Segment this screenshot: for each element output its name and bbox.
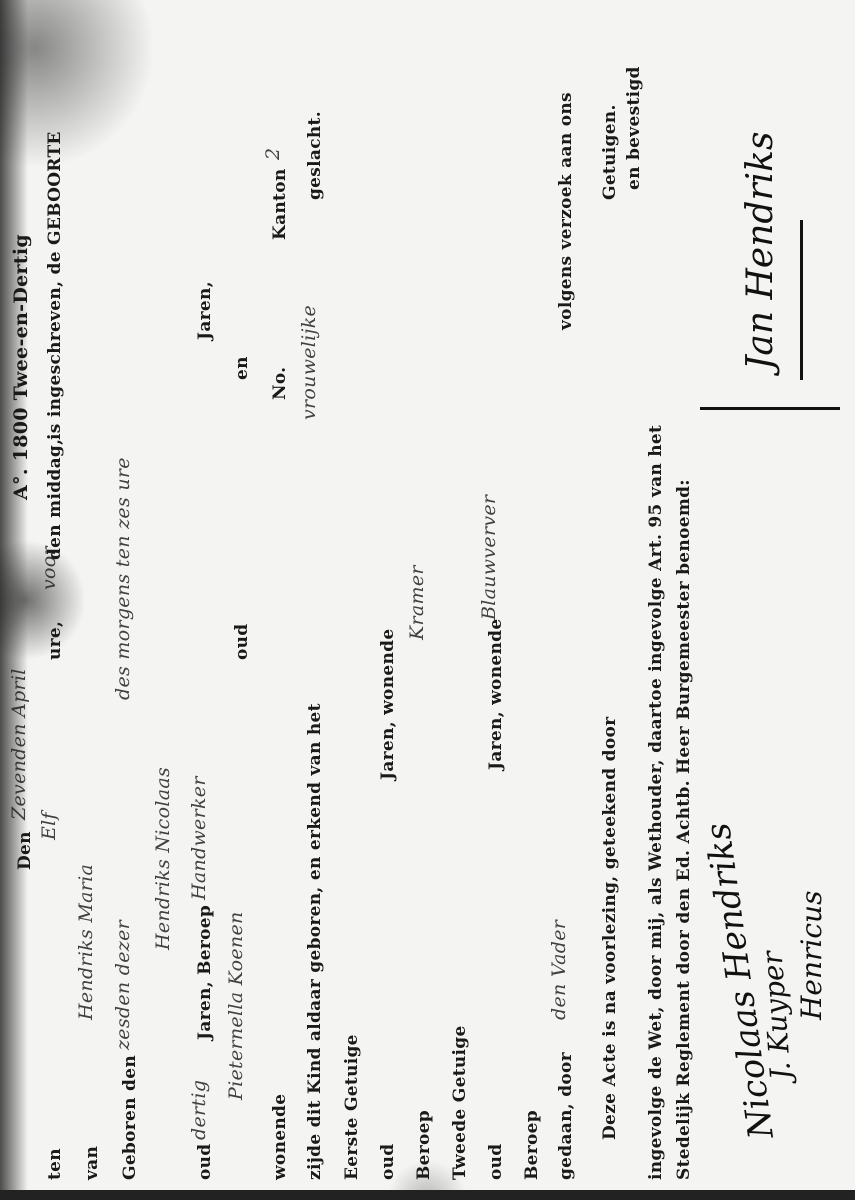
- hw-hour: Elf: [38, 812, 60, 840]
- label-getuigen: Getuigen.: [600, 104, 620, 200]
- label-jaren-wonende-w2: Jaren, wonende: [486, 619, 506, 770]
- label-oud-mother: oud: [232, 624, 252, 661]
- hw-by-whom: den Vader: [548, 920, 570, 1020]
- hw-birth-date: zesden dezer: [112, 920, 134, 1050]
- header-registration: is ingeschreven, de GEBOORTE: [45, 131, 65, 440]
- label-no: No.: [270, 367, 290, 400]
- label-en: en: [232, 356, 252, 380]
- label-jaren-wonende-w1: Jaren, wonende: [378, 629, 398, 780]
- label-bevestigd: en bevestigd: [624, 66, 644, 190]
- label-ten: ten: [45, 1148, 65, 1180]
- label-kanton: Kanton: [270, 168, 290, 240]
- label-wonende: wonende: [270, 1094, 290, 1180]
- label-van: van: [82, 1146, 102, 1180]
- label-oud-w2: oud: [486, 1144, 506, 1181]
- label-ingevolge: ingevolge de Wet, door mij, als Wethoude…: [646, 425, 666, 1180]
- hw-father-age: dertig: [188, 1080, 210, 1140]
- signature-3: Henricus: [795, 891, 828, 1020]
- label-zijde: zijde dit Kind aldaar geboren, en erkend…: [305, 703, 325, 1180]
- hw-father-occupation: Handwerker: [188, 776, 210, 900]
- hw-child-name: Hendriks Maria: [75, 864, 97, 1020]
- label-ure: ure,: [45, 621, 65, 660]
- label-beroep-w1: Beroep: [414, 1110, 434, 1180]
- label-oud-w1: oud: [378, 1144, 398, 1181]
- label-middag: den middag,: [45, 439, 65, 560]
- signature-4: Jan Hendriks: [740, 132, 781, 370]
- document-scan: A°. 1800 Twee-en-Dertig Den Zevenden Apr…: [0, 0, 855, 1200]
- header-year: A°. 1800 Twee-en-Dertig: [10, 234, 32, 500]
- rotated-page: A°. 1800 Twee-en-Dertig Den Zevenden Apr…: [0, 0, 855, 1200]
- signature-flourish-vertical: [700, 407, 840, 410]
- label-tweede-getuige: Tweede Getuige: [450, 1025, 470, 1180]
- label-jaren-beroep: Jaren, Beroep: [195, 905, 215, 1040]
- hw-father: Hendriks Nicolaas: [152, 767, 174, 950]
- hw-witness2-occupation: Blauwverver: [478, 495, 500, 620]
- label-stedelijk: Stedelijk Reglement door den Ed. Achtb. …: [674, 479, 694, 1180]
- label-beroep-w2: Beroep: [522, 1110, 542, 1180]
- hw-sex: vrouwelijke: [298, 305, 320, 420]
- hw-mother: Pieternella Koenen: [225, 911, 247, 1100]
- hw-witness1-occupation: Kramer: [406, 565, 428, 640]
- hw-date-day: Zevenden April: [8, 668, 30, 820]
- label-oud-father: oud: [195, 1144, 215, 1181]
- label-jaren-2: Jaren,: [195, 281, 215, 340]
- label-eerste-getuige: Eerste Getuige: [342, 1034, 362, 1180]
- label-geboren: Geboren den: [120, 1055, 140, 1180]
- label-volgens-verzoek: volgens verzoek aan ons: [556, 92, 576, 330]
- label-gedaan-door: gedaan, door: [556, 1052, 576, 1180]
- label-den: Den: [15, 831, 35, 870]
- hw-birth-time: des morgens ten zes ure: [112, 457, 134, 700]
- hw-canton-number: 2: [262, 148, 284, 160]
- label-deze-acte: Deze Acte is na voorlezing, geteekend do…: [600, 717, 620, 1140]
- signature-underline: [800, 220, 803, 380]
- label-geslacht: geslacht.: [305, 111, 325, 200]
